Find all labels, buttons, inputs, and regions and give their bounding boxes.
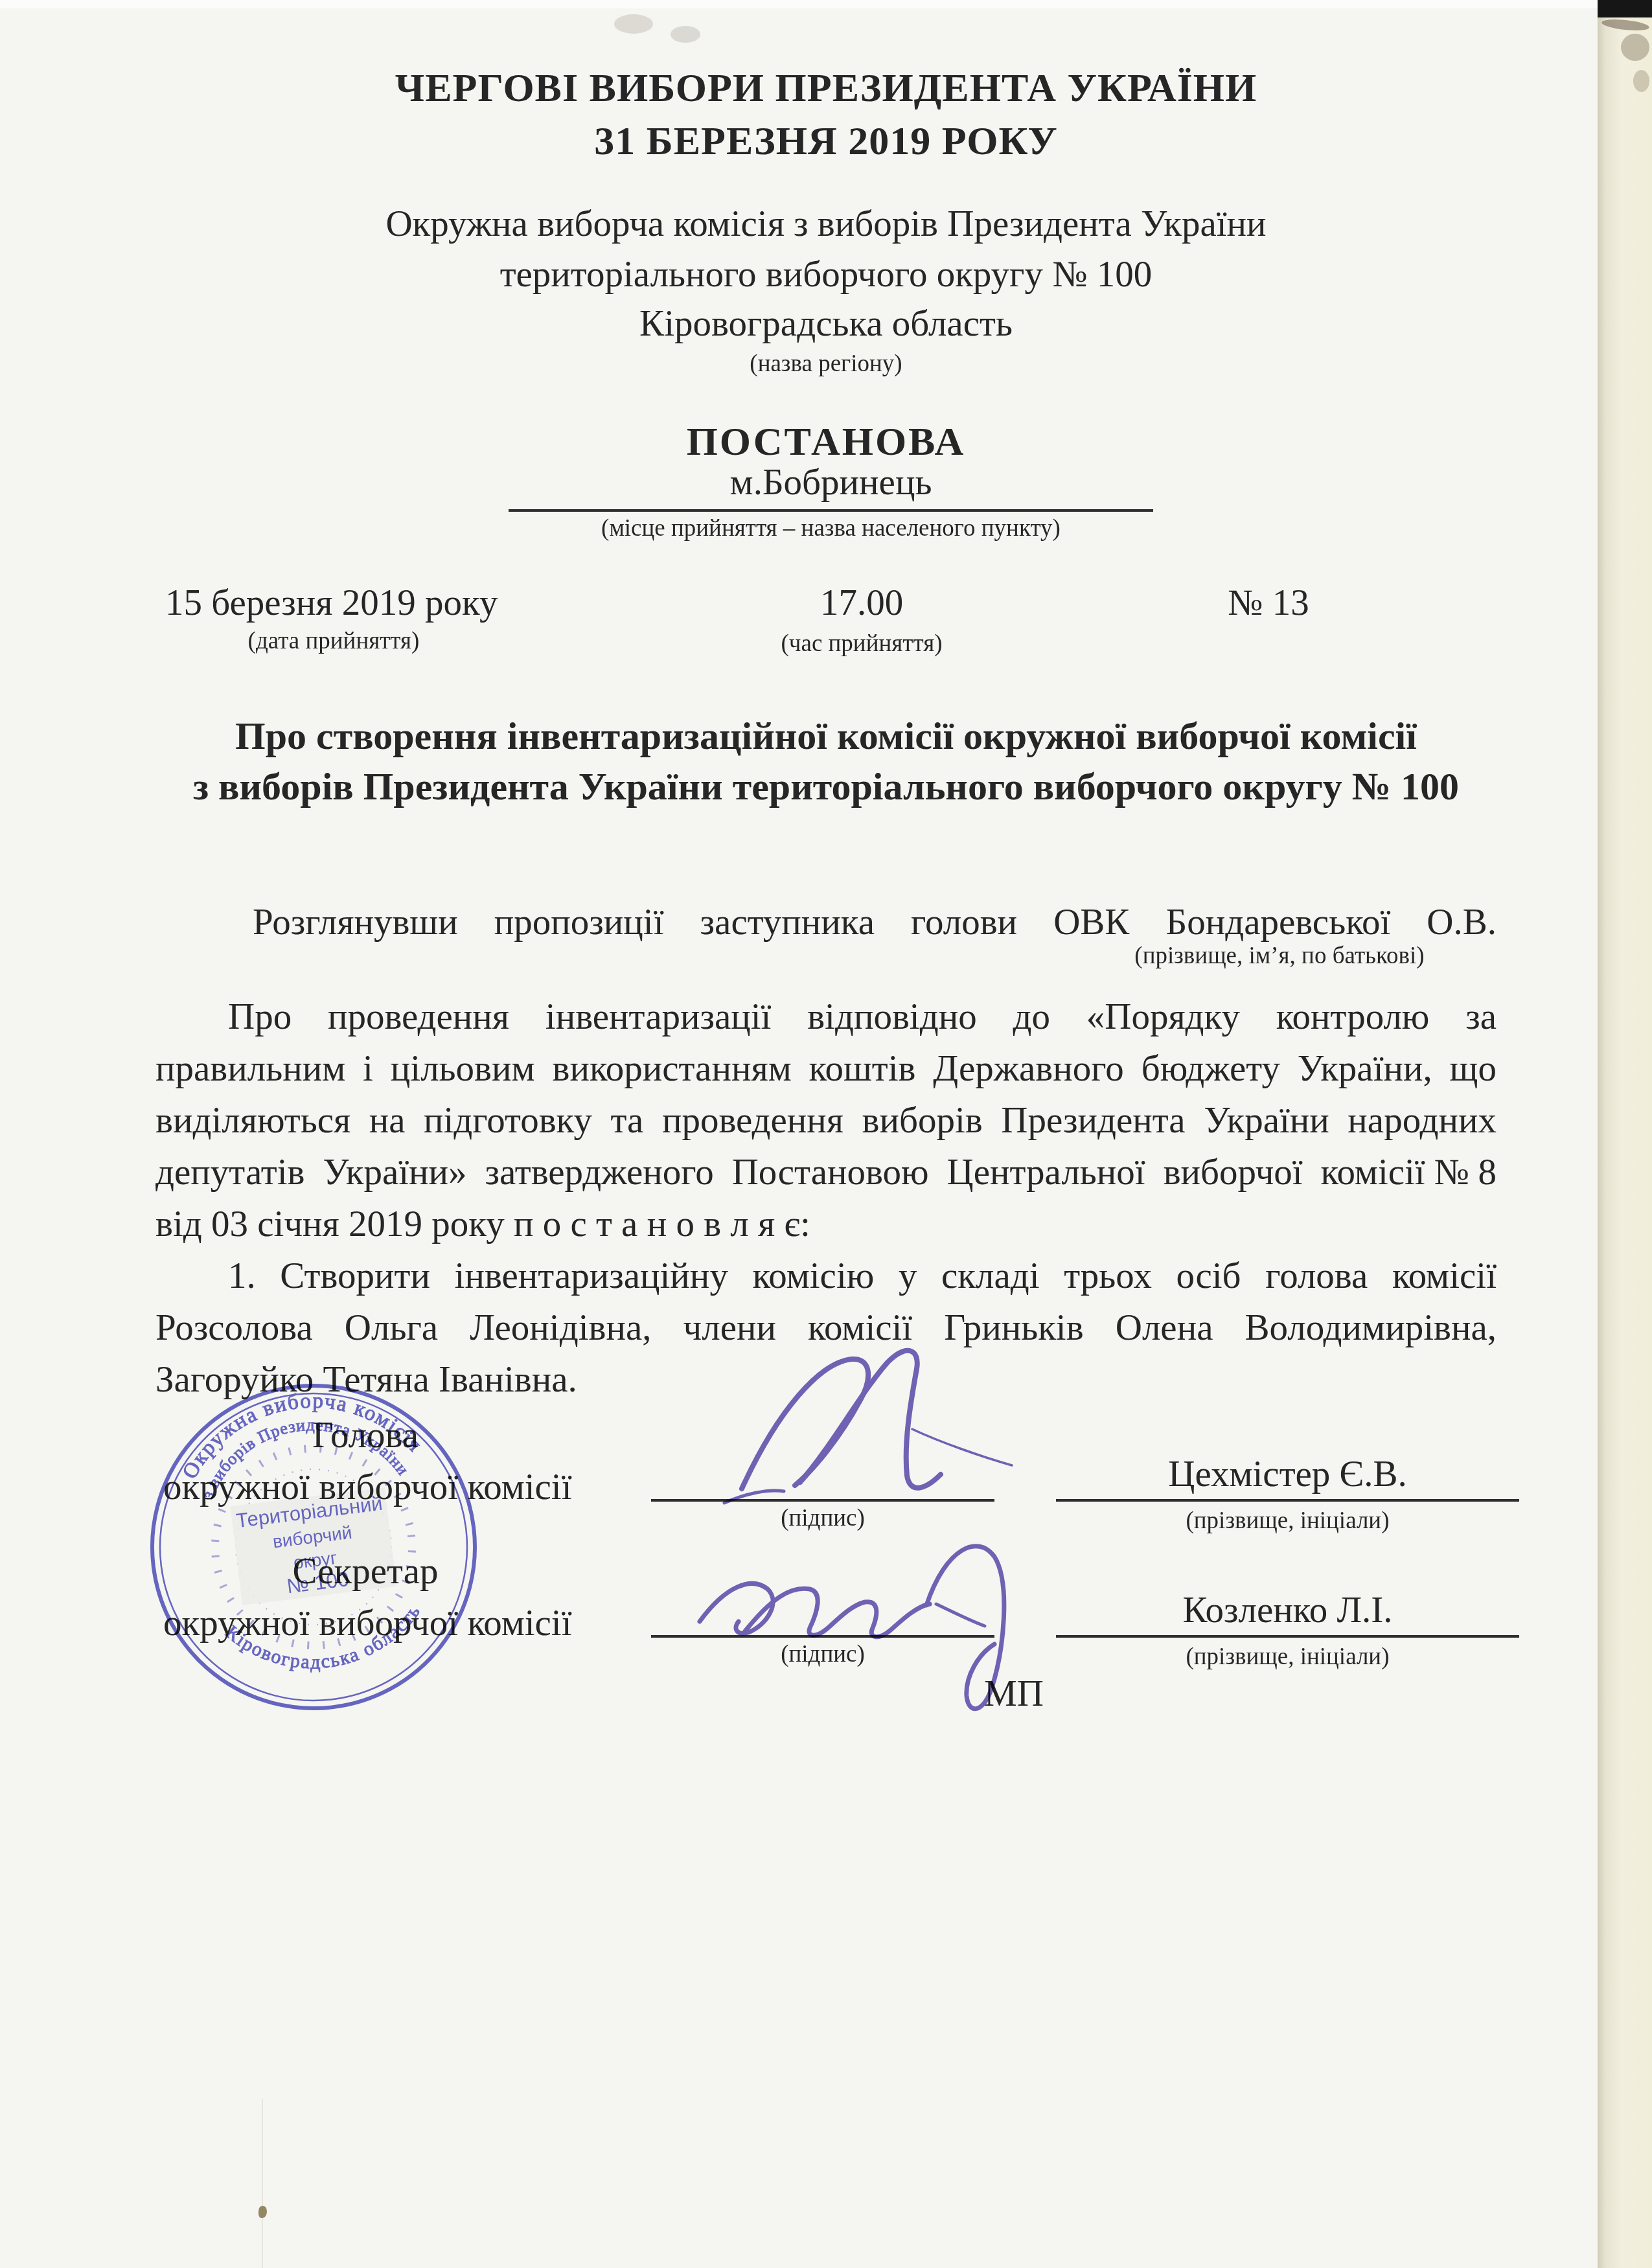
scan-smudge	[1621, 34, 1649, 61]
time-note: (час прийняття)	[732, 630, 991, 658]
commission-name-line2: територіального виборчого округу № 100	[155, 251, 1497, 298]
place-note: (місце прийняття – назва населеного пунк…	[509, 514, 1153, 542]
body-line-2: правильним і цільовим використанням кошт…	[155, 1043, 1497, 1095]
full-name-note: (прізвище, ім’я, по батькові)	[1095, 942, 1464, 970]
region-note: (назва регіону)	[155, 350, 1497, 378]
head-name: Цехмістер Є.В.	[1056, 1451, 1519, 1502]
resolution-title-line1: Про створення інвентаризаційної комісії …	[155, 714, 1497, 759]
svg-text:Кіровоградська область: Кіровоградська область	[220, 1598, 431, 1684]
paper-crease	[262, 2099, 263, 2268]
scanned-resolution-page: ЧЕРГОВІ ВИБОРИ ПРЕЗИДЕНТА УКРАЇНИ 31 БЕР…	[0, 0, 1652, 2268]
commission-name-line1: Окружна виборча комісія з виборів Презид…	[155, 201, 1497, 247]
secretary-signature-ink	[700, 1546, 1004, 1709]
body-line-5: від 03 січня 2019 року п о с т а н о в л…	[155, 1198, 1497, 1250]
head-signature-ink	[724, 1351, 1012, 1503]
scan-right-strip	[1598, 0, 1652, 2268]
commission-region: Кіровоградська область	[155, 301, 1497, 347]
handwritten-signatures	[648, 1333, 1082, 1738]
scan-corner-artifact	[1598, 0, 1652, 17]
resolution-number: № 13	[1228, 582, 1309, 624]
scan-smudge	[614, 14, 653, 34]
scan-top-edge	[0, 0, 1652, 8]
body-line-4: депутатів України» затвердженого Постано…	[155, 1147, 1497, 1198]
resolution-title-line2: з виборів Президента України територіаль…	[155, 764, 1497, 809]
election-header-line2: 31 БЕРЕЗНЯ 2019 РОКУ	[155, 117, 1497, 166]
body-line-1: Про проведення інвентаризації відповідно…	[155, 991, 1497, 1043]
body-line-3: виділяються на підготовку та проведення …	[155, 1095, 1497, 1147]
adoption-date: 15 березня 2019 року	[165, 582, 498, 624]
body-line-6: 1. Створити інвентаризаційну комісію у с…	[155, 1250, 1497, 1302]
date-note: (дата прийняття)	[172, 627, 496, 655]
head-name-note: (прізвище, ініціали)	[1056, 1507, 1519, 1535]
body-paragraph1: Розглянувши пропозиції заступника голови…	[155, 897, 1497, 948]
secretary-name: Козленко Л.І.	[1056, 1587, 1519, 1638]
scan-smudge	[1633, 70, 1649, 92]
place-of-adoption: м.Бобринець	[509, 457, 1153, 512]
commission-round-stamp: Окружна виборча комісія з виборів Презид…	[144, 1377, 483, 1717]
election-header-line1: ЧЕРГОВІ ВИБОРИ ПРЕЗИДЕНТА УКРАЇНИ	[155, 63, 1497, 113]
secretary-name-note: (прізвище, ініціали)	[1056, 1643, 1519, 1671]
stamp-ring-text-bottom: Кіровоградська область	[220, 1598, 431, 1684]
adoption-time: 17.00	[751, 582, 972, 624]
scan-smudge	[671, 26, 700, 43]
